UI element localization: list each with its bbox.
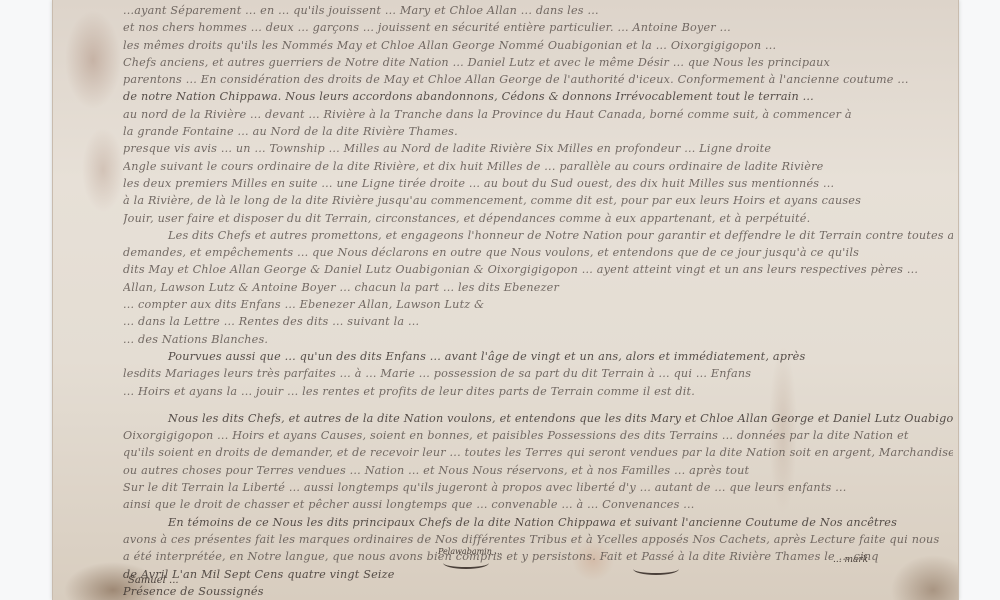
text-line: ... compter aux dits Enfans ... Ebenezer… xyxy=(123,296,953,313)
manuscript-page: ...ayant Séparement ... en ... qu'ils jo… xyxy=(52,0,959,600)
text-line: ... dans la Lettre ... Rentes des dits .… xyxy=(123,313,953,330)
text-line: les deux premiers Milles en suite ... un… xyxy=(123,175,953,192)
text-line: Chefs anciens, et autres guerriers de No… xyxy=(123,54,953,71)
text-line: Sur le dit Terrain la Liberté ... aussi … xyxy=(123,479,953,496)
text-line: Jouir, user faire et disposer du dit Ter… xyxy=(123,210,953,227)
totem-mark-icon xyxy=(443,557,489,569)
signature: Pelawabamin ... xyxy=(438,547,502,556)
text-line: En témoins de ce Nous les dits principau… xyxy=(123,514,953,531)
text-line: à la Rivière, de là le long de la dite R… xyxy=(123,192,953,209)
text-line: Allan, Lawson Lutz & Antoine Boyer ... c… xyxy=(123,279,953,296)
text-line: dits May et Chloe Allan George & Daniel … xyxy=(123,261,953,278)
text-line: Les dits Chefs et autres promettons, et … xyxy=(123,227,953,244)
text-line: parentons ... En considération des droit… xyxy=(123,71,953,88)
text-line: presque vis avis ... un ... Township ...… xyxy=(123,140,953,157)
text-line: ... des Nations Blanches. xyxy=(123,331,953,348)
text-line: demandes, et empêchements ... que Nous d… xyxy=(123,244,953,261)
text-line: lesdits Mariages leurs très parfaites ..… xyxy=(123,365,953,382)
signature: ... mark xyxy=(833,555,868,565)
text-line: ... Hoirs et ayans la ... jouir ... les … xyxy=(123,383,953,400)
text-line: de notre Nation Chippawa. Nous leurs acc… xyxy=(123,88,953,105)
totem-mark-icon xyxy=(633,563,679,575)
text-line: Angle suivant le cours ordinaire de la d… xyxy=(123,158,953,175)
text-line: ...ayant Séparement ... en ... qu'ils jo… xyxy=(123,2,953,19)
text-line: les mêmes droits qu'ils les Nommés May e… xyxy=(123,37,953,54)
text-line: Nous les dits Chefs, et autres de la dit… xyxy=(123,410,953,427)
text-line: Pourvues aussi que ... qu'un des dits En… xyxy=(123,348,953,365)
text-line: la grande Fontaine ... au Nord de la dit… xyxy=(123,123,953,140)
signature: Samuel ... xyxy=(128,575,179,586)
manuscript-text: ...ayant Séparement ... en ... qu'ils jo… xyxy=(123,2,953,600)
text-line: ainsi que le droit de chasser et pêcher … xyxy=(123,496,953,513)
text-line: Oixorgigigopon ... Hoirs et ayans Causes… xyxy=(123,427,953,444)
text-line: ou autres choses pour Terres vendues ...… xyxy=(123,462,953,479)
text-line: qu'ils soient en droits de demander, et … xyxy=(123,444,953,461)
signature-area: Samuel ... Pelawabamin ... ... mark xyxy=(53,545,958,600)
text-line: au nord de la Rivière ... devant ... Riv… xyxy=(123,106,953,123)
text-line: et nos chers hommes ... deux ... garçons… xyxy=(123,19,953,36)
